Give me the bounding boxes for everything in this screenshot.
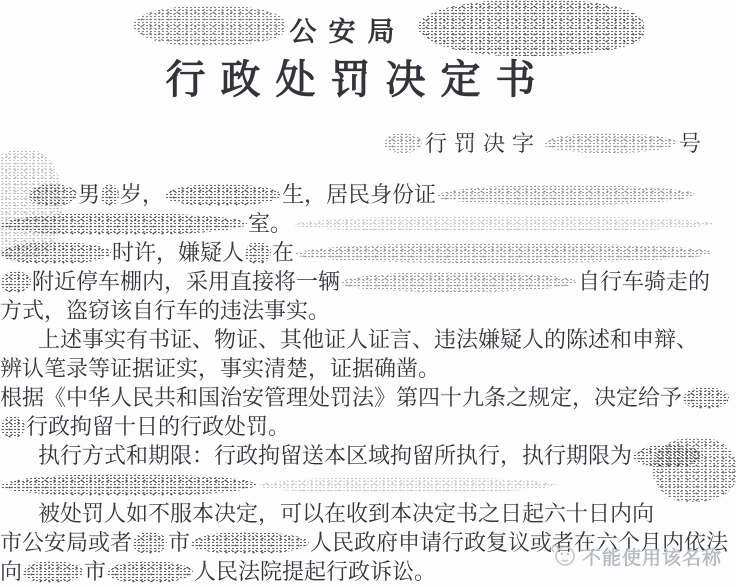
round-mascot-logo-icon xyxy=(546,542,578,570)
redaction-mark xyxy=(23,561,83,583)
body-text: 市公安局或者 xyxy=(0,528,132,555)
redaction-mark xyxy=(437,185,695,205)
redaction-mark xyxy=(245,242,271,264)
body-line: 行政拘留十日的行政处罚。 xyxy=(0,410,736,439)
redaction-mark xyxy=(101,184,119,206)
body-text: 执行方式和期限：行政拘留送本区域拘留所执行，执行期限为 xyxy=(38,441,632,468)
body-text: 行政拘留十日的行政处罚。 xyxy=(26,412,290,439)
document-number-line: 行罚决字 号 xyxy=(383,127,701,158)
document-number-suffix: 号 xyxy=(679,127,701,158)
body-text: 被处罚人如不服本决定，可以在收到本决定书之日起六十日内向 xyxy=(38,499,654,526)
body-text: 方式，盗窃该自行车的违法事实。 xyxy=(0,296,330,323)
body-text: 市 xyxy=(84,557,106,584)
body-text: 上述事实有书证、物证、其他证人证言、违法嫌疑人的陈述和申辩、 xyxy=(38,325,698,352)
body-text: 生，居民身份证 xyxy=(282,180,436,207)
watermark-text: 不能使用该名称 xyxy=(582,543,722,570)
redaction-mark xyxy=(29,184,77,206)
redaction-mark xyxy=(544,133,676,153)
body-text: 在 xyxy=(272,238,294,265)
body-line: 根据《中华人民共和国治安管理处罚法》第四十九条之规定，决定给予 xyxy=(0,381,736,410)
body-text: 向 xyxy=(0,557,22,584)
document-title: 行政处罚决定书 xyxy=(0,48,726,105)
body-line xyxy=(0,468,736,497)
body-line: 时许，嫌疑人在 xyxy=(0,236,736,265)
redaction-mark xyxy=(633,445,703,467)
body-line: 被处罚人如不服本决定，可以在收到本决定书之日起六十日内向 xyxy=(0,497,736,526)
redaction-mark xyxy=(1,271,31,293)
body-line: 上述事实有书证、物证、其他证人证言、违法嫌疑人的陈述和申辩、 xyxy=(0,323,736,352)
body-line: 方式，盗窃该自行车的违法事实。 xyxy=(0,294,736,323)
watermark: 不能使用该名称 xyxy=(546,542,722,570)
redaction-mark xyxy=(1,416,25,438)
redaction-mark xyxy=(295,243,713,263)
document-number-prefix: 行罚决字 xyxy=(425,127,541,158)
redaction-mark xyxy=(341,272,577,292)
redaction-mark xyxy=(1,242,111,264)
body-text: 室。 xyxy=(248,209,292,236)
body-text: 时许，嫌疑人 xyxy=(112,238,244,265)
redaction-mark xyxy=(165,184,281,206)
body-text: 市 xyxy=(168,528,190,555)
redaction-mark xyxy=(191,532,309,554)
body-text: 岁， xyxy=(120,180,164,207)
body-text: 辨认笔录等证据证实，事实清楚，证据确凿。 xyxy=(0,354,440,381)
body-text: 自行车骑走的 xyxy=(578,267,710,294)
redaction-mark xyxy=(1,213,247,235)
body-line: 执行方式和期限：行政拘留送本区域拘留所执行，执行期限为 xyxy=(0,439,736,468)
body-line: 附近停车棚内，采用直接将一辆自行车骑走的 xyxy=(0,265,736,294)
redaction-mark xyxy=(107,561,193,583)
redaction-mark xyxy=(258,477,556,493)
agency-name: 公安局 xyxy=(0,10,716,49)
redaction-mark xyxy=(1,474,256,496)
body-text: 根据《中华人民共和国治安管理处罚法》第四十九条之规定，决定给予 xyxy=(0,383,682,410)
body-text: 附近停车棚内，采用直接将一辆 xyxy=(32,267,340,294)
body-text: 人民法院提起行政诉讼。 xyxy=(194,557,436,584)
redaction-mark xyxy=(293,216,713,232)
body-line: 室。 xyxy=(0,207,736,236)
redaction-mark xyxy=(683,387,729,409)
body-line: 辨认笔录等证据证实，事实清楚，证据确凿。 xyxy=(0,352,736,381)
body-line: 男岁，生，居民身份证 xyxy=(0,178,736,207)
redaction-mark xyxy=(384,133,422,153)
body-text: 男 xyxy=(78,180,100,207)
redaction-mark xyxy=(133,532,167,554)
document-body: 男岁，生，居民身份证室。时许，嫌疑人在附近停车棚内，采用直接将一辆自行车骑走的方… xyxy=(0,178,736,584)
scanned-penalty-decision-document: 公安局 行政处罚决定书 行罚决字 号 男岁，生，居民身份证室。时许，嫌疑人在附近… xyxy=(0,0,736,587)
